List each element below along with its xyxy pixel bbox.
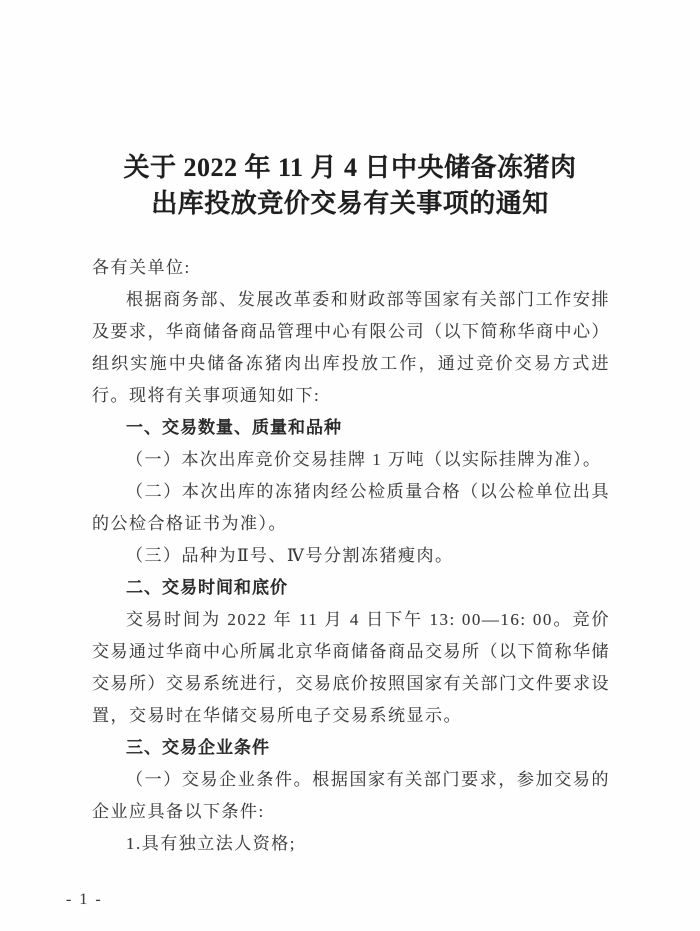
section-2-heading: 二、交易时间和底价 <box>92 572 610 604</box>
notice-body: 各有关单位: 根据商务部、发展改革委和财政部等国家有关部门工作安排及要求，华商储… <box>92 252 610 860</box>
intro-paragraph: 根据商务部、发展改革委和财政部等国家有关部门工作安排及要求，华商储备商品管理中心… <box>92 284 610 412</box>
section-1-item-2: （二）本次出库的冻猪肉经公检质量合格（以公检单位出具的公检合格证书为准）。 <box>92 476 610 540</box>
section-1-item-3: （三）品种为Ⅱ号、Ⅳ号分割冻猪瘦肉。 <box>92 540 610 572</box>
section-2-paragraph: 交易时间为 2022 年 11 月 4 日下午 13: 00—16: 00。竞价… <box>92 604 610 732</box>
salutation: 各有关单位: <box>92 252 610 284</box>
section-1-item-1: （一）本次出库竞价交易挂牌 1 万吨（以实际挂牌为准）。 <box>92 444 610 476</box>
section-1-heading: 一、交易数量、质量和品种 <box>92 412 610 444</box>
document-page: 关于 2022 年 11 月 4 日中央储备冻猪肉 出库投放竞价交易有关事项的通… <box>0 0 700 931</box>
page-number: - 1 - <box>66 891 103 909</box>
section-3-item-1: （一）交易企业条件。根据国家有关部门要求，参加交易的企业应具备以下条件: <box>92 764 610 828</box>
section-3-heading: 三、交易企业条件 <box>92 732 610 764</box>
notice-title: 关于 2022 年 11 月 4 日中央储备冻猪肉 出库投放竞价交易有关事项的通… <box>30 150 670 222</box>
condition-1: 1.具有独立法人资格; <box>92 828 610 860</box>
